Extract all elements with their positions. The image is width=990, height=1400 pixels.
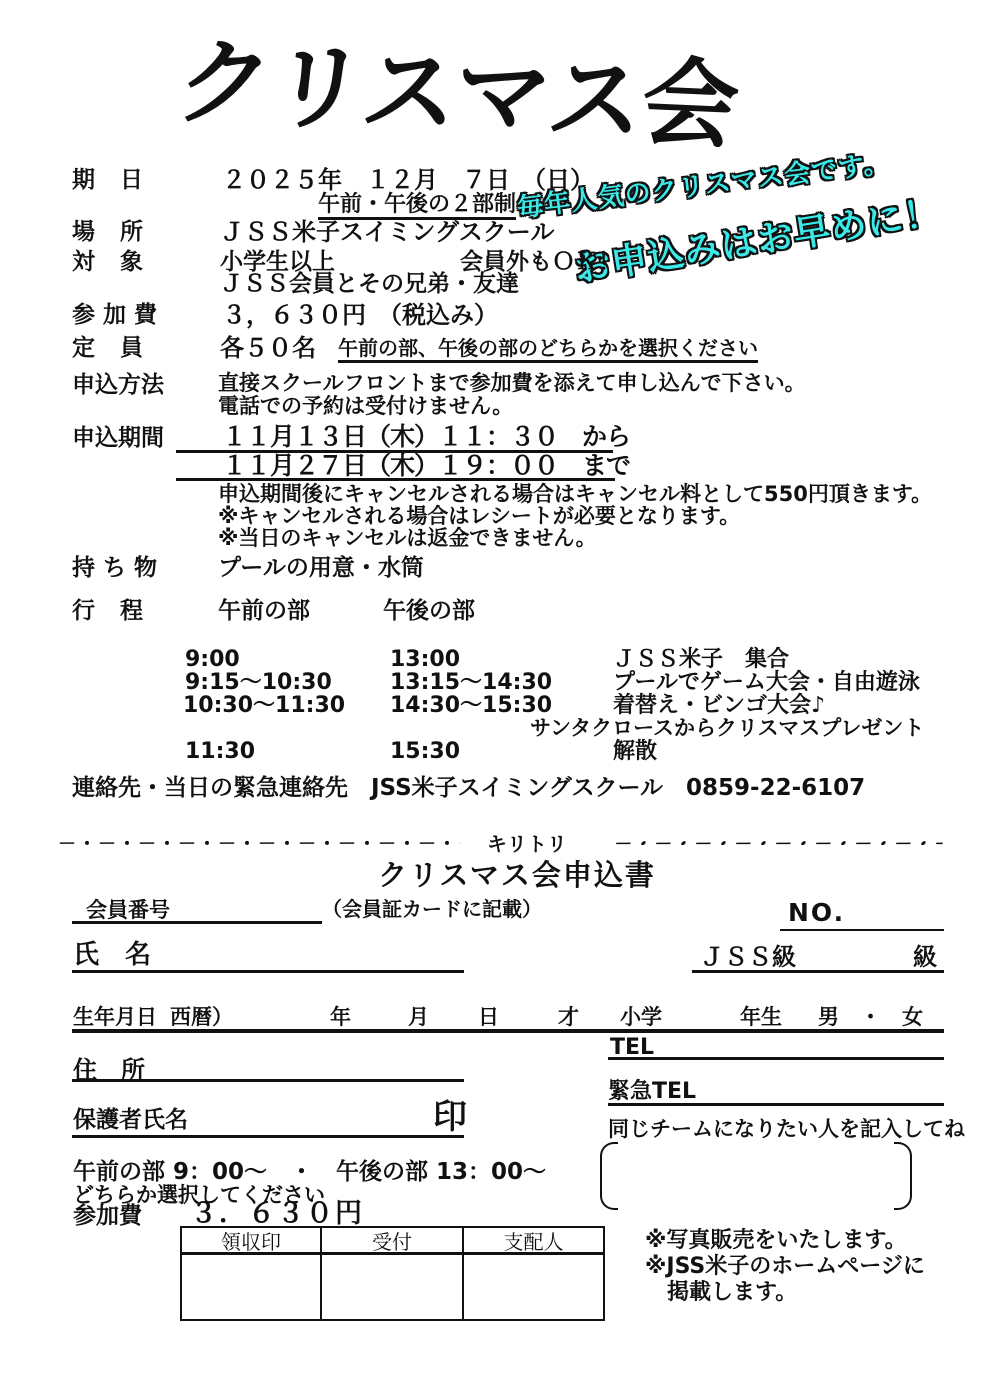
schedule-pm-time: 13:00 — [390, 648, 460, 671]
schedule-am-time: 10:30～11:30 — [183, 694, 345, 717]
team-bracket-right — [894, 1142, 912, 1210]
form-fee-value: ３．６３０円 — [190, 1200, 364, 1228]
photo-note-1: ※写真販売をいたします。 — [645, 1229, 907, 1252]
stamp-table-cell — [322, 1255, 464, 1319]
schedule-pm-time: 15:30 — [390, 740, 460, 763]
birth-field-line — [72, 1029, 944, 1033]
cutline-label: キリトリ — [487, 834, 567, 855]
schedule-desc: 解散 — [613, 740, 657, 763]
cancel-note-1: 申込期間後にキャンセルされる場合はキャンセル料として550円頂きます。 — [218, 483, 932, 505]
place-label: 場 所 — [72, 220, 144, 244]
member-no-field-line — [72, 921, 322, 924]
tel-field-line — [608, 1057, 944, 1060]
member-no-label: 会員番号 — [86, 899, 170, 921]
date-subnote: 午前・午後の２部制 — [318, 193, 516, 220]
stamp-table-header-receipt: 領収印 — [182, 1228, 322, 1255]
method-label: 申込方法 — [72, 373, 164, 397]
itinerary-label: 行 程 — [72, 599, 144, 623]
birth-month: 月 — [408, 1006, 429, 1028]
stamp-table-header-manager: 支配人 — [464, 1228, 603, 1255]
schedule-desc: プールでゲーム大会・自由遊泳 — [613, 671, 920, 694]
seal-mark: 印 — [433, 1100, 467, 1136]
address-field-line — [72, 1079, 464, 1082]
itinerary-pm-header: 午後の部 — [383, 599, 475, 623]
items-value: プールの用意・水筒 — [218, 556, 424, 580]
birth-age: 才 — [558, 1006, 579, 1028]
photo-note-2: ※JSS米子のホームページに — [645, 1255, 925, 1278]
stamp-table-header-reception: 受付 — [322, 1228, 464, 1255]
itinerary-am-header: 午前の部 — [218, 599, 310, 623]
jss-grade-label: ＪＳＳ級 — [700, 945, 796, 970]
birth-grade-prefix: 小学 — [620, 1006, 662, 1028]
guardian-field-line — [72, 1135, 464, 1138]
schedule-desc: 着替え・ビンゴ大会♪ — [613, 694, 825, 717]
contact-line: 連絡先・当日の緊急連絡先 JSS米子スイミングスクール 0859-22-6107 — [72, 776, 865, 800]
fee-label: 参 加 費 — [72, 303, 157, 327]
date-label: 期 日 — [72, 168, 144, 192]
no-field-line — [780, 929, 944, 931]
member-no-note: （会員証カードに記載） — [322, 899, 542, 920]
capacity-value: 各５０名 — [220, 336, 316, 361]
name-field-line — [72, 970, 464, 973]
cutline-right-dashes: －・－・－・－・－・－・－・－・－・－・－・－・－・－ — [609, 836, 945, 855]
capacity-note: 午前の部、午後の部のどちらかを選択ください — [338, 338, 758, 363]
flyer-page: クリスマス会 毎年人気のクリスマス会です。 お申込みはお早めに！ 期 日 ２０２… — [0, 0, 990, 1400]
schedule-am-time: 9:00 — [185, 648, 240, 671]
cancel-note-3: ※当日のキャンセルは返金できません。 — [218, 527, 597, 549]
tel-label: TEL — [610, 1036, 654, 1059]
emergency-tel-field-line — [608, 1103, 944, 1106]
period-to: １１月２７日（木）１９：００ まで — [222, 453, 630, 479]
items-label: 持 ち 物 — [72, 556, 157, 580]
schedule-pm-time: 13:15～14:30 — [390, 671, 552, 694]
schedule-pm-time: 14:30～15:30 — [390, 694, 552, 717]
birth-day: 日 — [478, 1006, 499, 1028]
birth-era: 西暦） — [170, 1006, 233, 1028]
no-label: NO. — [788, 900, 845, 926]
schedule-desc: サンタクロースからクリスマスプレゼント — [530, 717, 924, 739]
emergency-tel-label: 緊急TEL — [608, 1080, 696, 1103]
target-value-2: ＪＳＳ会員とその兄弟・友達 — [220, 272, 519, 296]
schedule-am-time: 9:15～10:30 — [185, 671, 332, 694]
period-label: 申込期間 — [72, 426, 164, 450]
capacity-label: 定 員 — [72, 336, 144, 360]
birth-grade-suffix: 年生 — [740, 1006, 782, 1028]
stamp-table-cell — [182, 1255, 322, 1319]
session-choice-line: 午前の部 9：00～ ・ 午後の部 13：00～ — [73, 1160, 546, 1184]
place-value: ＪＳＳ米子スイミングスクール — [220, 220, 554, 245]
kyu-label: 級 — [913, 945, 937, 970]
guardian-label: 保護者氏名 — [73, 1108, 188, 1132]
form-fee-label: 参加費 — [73, 1204, 142, 1228]
birth-year: 年 — [330, 1006, 351, 1028]
target-label: 対 象 — [72, 250, 144, 274]
method-line-1: 直接スクールフロントまで参加費を添えて申し込んで下さい。 — [218, 372, 806, 394]
schedule-am-time: 11:30 — [185, 740, 255, 763]
birth-label: 生年月日 — [73, 1006, 157, 1028]
stamp-table: 領収印 受付 支配人 — [180, 1226, 605, 1321]
fee-value: ３，６３０円 （税込み） — [222, 303, 498, 328]
method-line-2: 電話での予約は受付けません。 — [218, 395, 513, 417]
page-title: クリスマス会 — [171, 32, 742, 157]
name-label: 氏 名 — [73, 942, 151, 969]
date-value: ２０２５年 １２月 ７日 （日） — [222, 168, 594, 193]
team-note: 同じチームになりたい人を記入してね — [608, 1118, 965, 1140]
schedule-desc: ＪＳＳ米子 集合 — [613, 648, 789, 671]
jss-grade-field-line — [692, 970, 944, 973]
form-title: クリスマス会申込書 — [378, 860, 656, 890]
birth-gender: 男 ・ 女 — [818, 1006, 923, 1028]
photo-note-3: 掲載します。 — [645, 1281, 797, 1304]
cancel-note-2: ※キャンセルされる場合はレシートが必要となります。 — [218, 505, 740, 527]
cutline-left-dashes: －・－・－・－・－・－・－・－・－・－・－・－・－・－・－・－・－・・ — [58, 836, 460, 855]
period-from: １１月１３日（木）１１：３０ から — [222, 424, 630, 450]
team-bracket-left — [600, 1142, 618, 1210]
period-underline-2 — [176, 478, 615, 481]
stamp-table-cell — [464, 1255, 603, 1319]
